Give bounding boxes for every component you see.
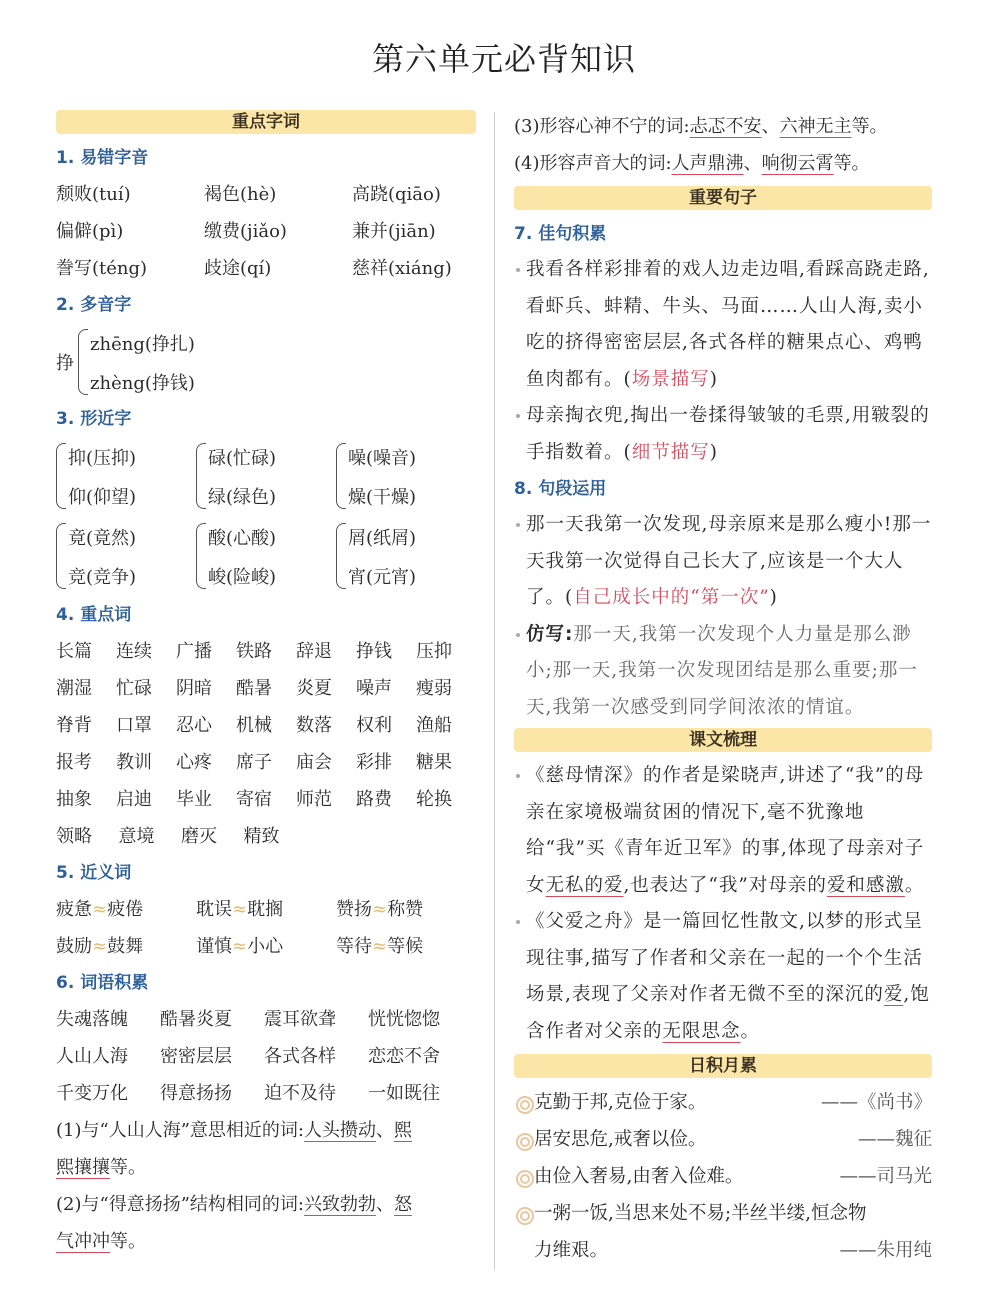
circle-bullet-icon: 克勤于邦,克俭于家。 xyxy=(514,1084,706,1121)
pronunciation-row: 偏僻(pì) 缴费(jiǎo) 兼并(jiān) xyxy=(56,213,476,250)
question-2: (2)与“得意扬扬”结构相同的词:兴致勃勃、怒气冲冲等。 xyxy=(56,1186,476,1260)
approx-icon: ≈ xyxy=(372,899,387,920)
section-3-title: 3. 形近字 xyxy=(56,401,476,437)
synonyms-list: 疲惫≈疲倦 耽误≈耽搁 赞扬≈称赞 鼓励≈鼓舞 谨慎≈小心 等待≈等候 xyxy=(56,891,476,965)
section-2-title: 2. 多音字 xyxy=(56,287,476,323)
char-group: 抑(压抑)仰(仰望) xyxy=(56,437,196,515)
words-row: 脊背口罩忍心机械数落权利渔船 xyxy=(56,707,476,744)
note-scene: 场景描写 xyxy=(632,369,710,390)
sentence-item: 母亲掏衣兜,掏出一卷揉得皱皱的毛票,用皲裂的手指数着。(细节描写) xyxy=(514,398,932,471)
polyphone-char: 挣 xyxy=(56,349,74,375)
reading: zhēng(挣扎) xyxy=(90,330,195,356)
pronunciation-list: 颓败(tuí) 褐色(hè) 高跷(qiāo) 偏僻(pì) 缴费(jiǎo) … xyxy=(56,176,476,287)
question-3: (3)形容心神不宁的词:忐忑不安、六神无主等。 xyxy=(514,108,932,145)
section-4-title: 4. 重点词 xyxy=(56,597,476,633)
note-detail: 细节描写 xyxy=(632,442,710,463)
sentence-item: 我看各样彩排着的戏人边走边唱,看踩高跷走路,看虾兵、蚌精、牛头、马面……人山人海… xyxy=(514,252,932,398)
band-text-review: 课文梳理 xyxy=(514,728,932,752)
brace-icon xyxy=(336,523,346,589)
brace-icon xyxy=(56,443,66,509)
approx-icon: ≈ xyxy=(92,899,107,920)
band-key-words: 重点字词 xyxy=(56,110,476,134)
review-item: 《慈母情深》的作者是梁晓声,讲述了“我”的母亲在家境极端贫困的情况下,毫不犹豫地… xyxy=(514,758,932,904)
note-first-time: 自己成长中的“第一次” xyxy=(573,587,769,608)
section-7-title: 7. 佳句积累 xyxy=(514,216,932,252)
reading: zhèng(挣钱) xyxy=(90,369,195,395)
approx-icon: ≈ xyxy=(372,936,387,957)
quote-item-continued: 力维艰。——朱用纯 xyxy=(514,1232,932,1269)
idioms-grid: 失魂落魄酷暑炎夏震耳欲聋恍恍惚惚 人山人海密密层层各式各样恋恋不舍 千变万化得意… xyxy=(56,1001,476,1112)
band-daily-accumulation: 日积月累 xyxy=(514,1054,932,1078)
idioms-row: 失魂落魄酷暑炎夏震耳欲聋恍恍惚惚 xyxy=(56,1001,476,1038)
circle-bullet-icon: 一粥一饭,当思来处不易;半丝半缕,恒念物 xyxy=(514,1195,867,1232)
similar-chars-row: 抑(压抑)仰(仰望) 碌(忙碌)绿(绿色) 噪(噪音)燥(干燥) xyxy=(56,437,476,515)
words-row: 报考教训心疼席子庙会彩排糖果 xyxy=(56,744,476,781)
words-row: 长篇连续广播铁路辞退挣钱压抑 xyxy=(56,633,476,670)
quote-item: 居安思危,戒奢以俭。——魏征 xyxy=(514,1121,932,1158)
char-group: 噪(噪音)燥(干燥) xyxy=(336,437,476,515)
review-item: 《父爱之舟》是一篇回忆性散文,以梦的形式呈现往事,描写了作者和父亲在一起的一个个… xyxy=(514,904,932,1050)
brace-icon xyxy=(78,329,88,395)
brace-icon xyxy=(196,443,206,509)
brace-icon xyxy=(336,443,346,509)
section-5-title: 5. 近义词 xyxy=(56,855,476,891)
approx-icon: ≈ xyxy=(232,936,247,957)
words-row: 潮湿忙碌阴暗酷暑炎夏噪声瘦弱 xyxy=(56,670,476,707)
imitation-item: 仿写:那一天,我第一次发现个人力量是那么渺小;那一天,我第一次发现团结是那么重要… xyxy=(514,617,932,727)
key-words-grid: 长篇连续广播铁路辞退挣钱压抑 潮湿忙碌阴暗酷暑炎夏噪声瘦弱 脊背口罩忍心机械数落… xyxy=(56,633,476,855)
imitation-label: 仿写: xyxy=(526,624,573,645)
circle-bullet-icon: 由俭入奢易,由奢入俭难。 xyxy=(514,1158,743,1195)
char-group: 酸(心酸)峻(险峻) xyxy=(196,517,336,595)
circle-bullet-icon: 居安思危,戒奢以俭。 xyxy=(514,1121,706,1158)
synonym-row: 鼓励≈鼓舞 谨慎≈小心 等待≈等候 xyxy=(56,928,476,965)
char-group: 碌(忙碌)绿(绿色) xyxy=(196,437,336,515)
sentence-item: 那一天我第一次发现,母亲原来是那么瘦小!那一天我第一次觉得自己长大了,应该是一个… xyxy=(514,507,932,617)
column-divider xyxy=(494,112,495,1270)
words-row: 抽象启迪毕业寄宿师范路费轮换 xyxy=(56,781,476,818)
section-1-title: 1. 易错字音 xyxy=(56,140,476,176)
page-title: 第六单元必背知识 xyxy=(0,34,1008,80)
pronunciation-row: 誊写(téng) 歧途(qí) 慈祥(xiáng) xyxy=(56,250,476,287)
polyphone-block: 挣 zhēng(挣扎) zhèng(挣钱) xyxy=(56,323,476,401)
section-6-title: 6. 词语积累 xyxy=(56,965,476,1001)
right-column: (3)形容心神不宁的词:忐忑不安、六神无主等。 (4)形容声音大的词:人声鼎沸、… xyxy=(514,108,932,1269)
approx-icon: ≈ xyxy=(232,899,247,920)
pronunciation-row: 颓败(tuí) 褐色(hè) 高跷(qiāo) xyxy=(56,176,476,213)
band-important-sentences: 重要句子 xyxy=(514,186,932,210)
char-group: 屑(纸屑)宵(元宵) xyxy=(336,517,476,595)
section-8-title: 8. 句段运用 xyxy=(514,471,932,507)
quote-item: 由俭入奢易,由奢入俭难。——司马光 xyxy=(514,1158,932,1195)
left-column: 重点字词 1. 易错字音 颓败(tuí) 褐色(hè) 高跷(qiāo) 偏僻(… xyxy=(56,110,476,1260)
words-row: 领略意境磨灭精致 xyxy=(56,818,476,855)
quote-item: 一粥一饭,当思来处不易;半丝半缕,恒念物 xyxy=(514,1195,932,1232)
brace-icon xyxy=(196,523,206,589)
char-group: 竟(竟然)竞(竞争) xyxy=(56,517,196,595)
quote-item: 克勤于邦,克俭于家。——《尚书》 xyxy=(514,1084,932,1121)
synonym-row: 疲惫≈疲倦 耽误≈耽搁 赞扬≈称赞 xyxy=(56,891,476,928)
question-1: (1)与“人山人海”意思相近的词:人头攒动、熙熙攘攘等。 xyxy=(56,1112,476,1186)
question-4: (4)形容声音大的词:人声鼎沸、响彻云霄等。 xyxy=(514,145,932,182)
approx-icon: ≈ xyxy=(92,936,107,957)
similar-chars-row: 竟(竟然)竞(竞争) 酸(心酸)峻(险峻) 屑(纸屑)宵(元宵) xyxy=(56,517,476,595)
idioms-row: 千变万化得意扬扬迫不及待一如既往 xyxy=(56,1075,476,1112)
brace-icon xyxy=(56,523,66,589)
idioms-row: 人山人海密密层层各式各样恋恋不舍 xyxy=(56,1038,476,1075)
